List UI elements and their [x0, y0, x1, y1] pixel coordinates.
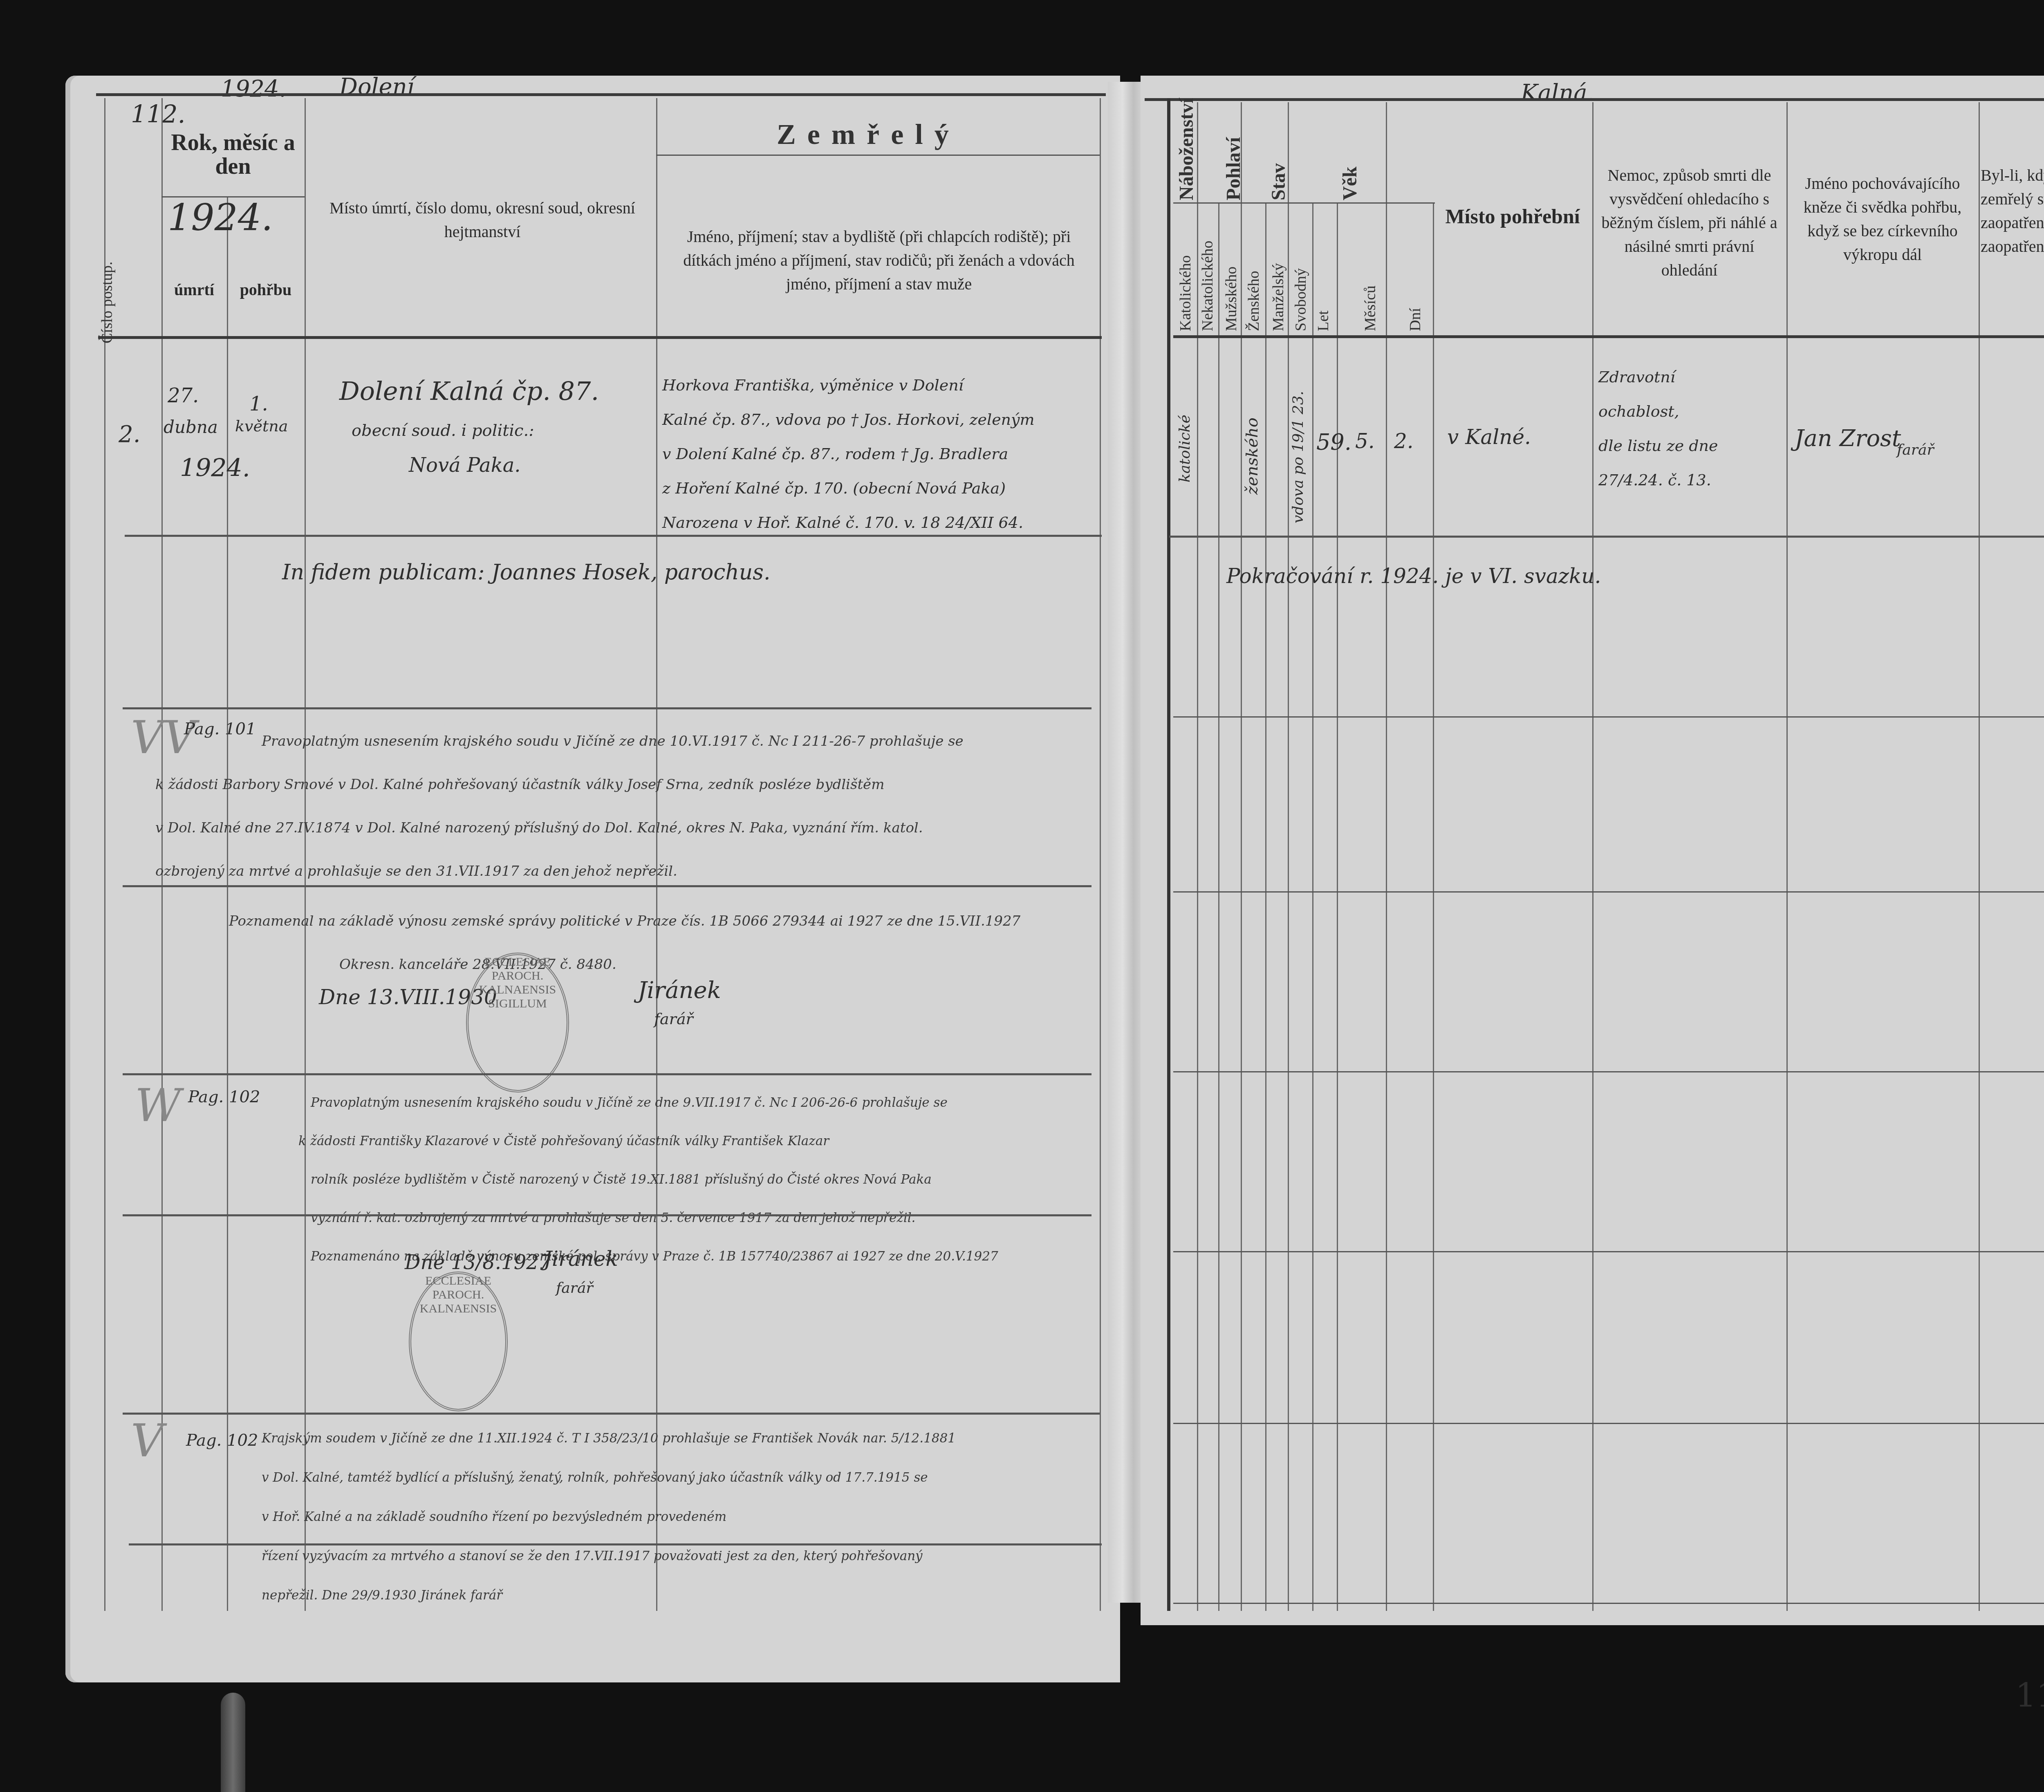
header-date-group: Rok, měsíc a den: [164, 131, 303, 178]
col-rule: [1100, 98, 1101, 1611]
annotation-marker: V: [131, 1415, 163, 1467]
top-village-right: Kalná.: [1521, 80, 1594, 106]
top-rule: [96, 93, 1106, 96]
annotation-note: Poznamenal na základě výnosu zemské sprá…: [229, 899, 1096, 986]
col-rule: [1433, 202, 1434, 1611]
top-rule-right: [1145, 98, 2044, 101]
age-months-value: 5.: [1355, 429, 1375, 453]
col-rule: [1312, 202, 1313, 1611]
place-line-1: Dolení Kalná čp. 87.: [339, 376, 599, 406]
header-bottom-rule: [98, 336, 1102, 339]
header-female: Ženského: [1245, 237, 1263, 331]
header-burial: pohřbu: [227, 278, 305, 302]
header-burial-place: Místo pohřební: [1435, 204, 1590, 228]
death-day: 27.: [168, 384, 199, 407]
col-rule: [1241, 102, 1242, 1611]
header-cause-of-death: Nemoc, způsob smrti dle vysvědčení ohled…: [1594, 164, 1784, 282]
left-border-right-page: [1167, 98, 1170, 1611]
entry-rule: [125, 535, 1102, 537]
row-rule: [1173, 1251, 2044, 1252]
row-rule: [1173, 1603, 2044, 1604]
annotation-line: k žádosti Františky Klazarové v Čistě po…: [298, 1122, 1100, 1160]
col-rule: [1197, 102, 1198, 1611]
stamp-text: ECCLESIAE PAROCH. KALNAENSIS: [420, 1274, 497, 1315]
place-line-2: obecní soud. i politic.:: [352, 421, 534, 440]
annotation-ref: Pag. 102: [186, 1431, 258, 1450]
place-line-3: Nová Paka.: [409, 454, 521, 477]
entry-rule-right: [1169, 536, 2044, 538]
col-rule: [1786, 102, 1788, 1611]
signature: Jiránek: [638, 977, 721, 1004]
row-rule: [1173, 1423, 2044, 1424]
annotation-rule: [123, 707, 1091, 709]
sex-female-value: ženského: [1243, 360, 1262, 495]
parish-seal-stamp: ECCLESIAE PAROCH. KALNAENSIS: [409, 1272, 508, 1411]
page-number-left: 112.: [131, 100, 186, 129]
burial-month: května: [235, 417, 288, 435]
signature-title: farář: [654, 1010, 693, 1028]
annotation-rule: [123, 885, 1091, 887]
header-entry-no: Číslo postup.: [98, 229, 116, 343]
col-rule: [1979, 102, 1980, 1611]
status-value: vdova po 19/1 23.: [1290, 360, 1307, 523]
col-rule: [227, 196, 228, 1611]
header-male: Mužského: [1222, 237, 1240, 331]
religion-catholic-value: katolické: [1177, 360, 1193, 482]
deceased-line: z Hoření Kalné čp. 170. (obecní Nová Pak…: [662, 471, 1100, 505]
header-death: úmrtí: [161, 278, 227, 302]
annotation-line: v Dol. Kalné dne 27.IV.1874 v Dol. Kalné…: [155, 806, 1100, 850]
top-village: Dolení: [339, 74, 415, 100]
header-deceased-desc: Jméno, příjmení; stav a bydliště (při ch…: [666, 225, 1091, 296]
cause-line: 27/4.24. č. 13.: [1598, 463, 1782, 497]
burial-place-value: v Kalné.: [1447, 425, 1531, 449]
annotation-marker: W: [135, 1079, 181, 1132]
header-deceased-title: Zemřelý: [777, 119, 960, 151]
book-spine: [1108, 82, 1145, 1603]
col-rule: [1288, 102, 1289, 1611]
row-rule: [1173, 1071, 2044, 1072]
signature: Jiránek: [544, 1247, 618, 1271]
priest-name: Jan Zrost: [1795, 425, 1901, 452]
annotation-line: v Hoř. Kalné a na základě soudního řízen…: [262, 1497, 1100, 1536]
annotation-text: Pravoplatným usnesením krajského soudu v…: [262, 720, 1100, 893]
annotation-text: Krajským soudem v Jičíně ze dne 11.XII.1…: [262, 1419, 1100, 1615]
annotation-ref: Pag. 102: [188, 1088, 260, 1106]
col-rule: [1265, 202, 1266, 1611]
annotation-line: rolník posléze bydlištěm v Čistě narozen…: [311, 1160, 1100, 1199]
priest-title: farář: [1897, 442, 1934, 458]
annotation-line: vyznání ř. kat. ozbrojený za mrtvé a pro…: [311, 1199, 1100, 1237]
col-rule: [1386, 102, 1387, 1611]
entry-number: 2.: [119, 421, 140, 448]
row-rule: [1173, 891, 2044, 893]
annotation-rule: [123, 1413, 1100, 1415]
cause-of-death-value: Zdravotní ochablost, dle listu ze dne 27…: [1598, 360, 1782, 497]
annotation-text: Pravoplatným usnesením krajského soudu v…: [311, 1083, 1100, 1276]
header-married: Manželský: [1269, 237, 1287, 331]
header-bottom-rule-right: [1173, 335, 2044, 338]
annotation-line: v Dol. Kalné, tamtéž bydlící a příslušný…: [262, 1458, 1100, 1497]
header-year-handwritten: 1924.: [168, 196, 273, 239]
row-rule: [656, 155, 1100, 156]
header-days: Dní: [1406, 307, 1424, 331]
row-rule: [1173, 716, 2044, 718]
annotation-rule: [123, 1073, 1091, 1075]
header-single: Svobodný: [1292, 237, 1310, 331]
age-days-value: 2.: [1394, 429, 1414, 453]
annotation-line: řízení vyzývacím za mrtvého a stanoví se…: [262, 1536, 1100, 1576]
top-year: 1924.: [221, 76, 286, 102]
annotation-line: Krajským soudem v Jičíně ze dne 11.XII.1…: [262, 1419, 1100, 1458]
header-status: Stav: [1267, 164, 1290, 200]
burial-day: 1.: [249, 392, 268, 415]
annotation-line: Pravoplatným usnesením krajského soudu v…: [311, 1083, 1100, 1122]
signature-title: farář: [556, 1280, 593, 1296]
col-rule: [1337, 202, 1338, 1611]
header-religion: Náboženství: [1175, 110, 1198, 200]
header-months: Měsíců: [1361, 286, 1379, 331]
parish-seal-stamp: ECCLESIAE PAROCH. KALNAENSIS SIGILLUM: [466, 953, 569, 1092]
annotation-line: Pravoplatným usnesením krajského soudu v…: [262, 720, 1100, 763]
annotation-line: nepřežil. Dne 29/9.1930 Jiránek farář: [262, 1576, 1100, 1615]
annotation-line: Poznamenal na základě výnosu zemské sprá…: [229, 899, 1096, 943]
annotation-line: k žádosti Barbory Srnové v Dol. Kalné po…: [155, 763, 1100, 806]
death-month: dubna: [164, 417, 218, 437]
col-rule: [1218, 202, 1219, 1611]
header-place: Místo úmrtí, číslo domu, okresní soud, o…: [323, 196, 642, 244]
header-sacraments: Byl-li, kdy a od koho zemřelý svátostmi …: [1981, 164, 2044, 258]
deceased-line: Kalné čp. 87., vdova po † Jos. Horkovi, …: [662, 402, 1100, 437]
header-sex: Pohlaví: [1222, 147, 1245, 200]
header-age: Věk: [1339, 168, 1361, 200]
continuation-note: Pokračování r. 1924. je v VI. svazku.: [1226, 564, 1601, 588]
age-years-value: 59.: [1316, 429, 1351, 455]
deceased-line: Horkova Františka, výměnice v Dolení: [662, 368, 1100, 402]
deceased-line: v Dolení Kalné čp. 87., rodem † Jg. Brad…: [662, 437, 1100, 471]
publication-note: In fidem publicam: Joannes Hosek, paroch…: [282, 560, 771, 585]
header-officiating-priest: Jméno pochovávajícího kněze či svědka po…: [1788, 172, 1977, 267]
deceased-entry: Horkova Františka, výměnice v Dolení Kal…: [662, 368, 1100, 540]
header-years: Let: [1314, 303, 1332, 331]
annotation-ref: Pag. 101: [184, 720, 256, 738]
header-catholic: Katolického: [1177, 213, 1195, 331]
bookmark-ribbon: [221, 1693, 245, 1792]
cause-line: dle listu ze dne: [1598, 428, 1782, 463]
annotation-date: Dne 13/8.1927: [405, 1251, 551, 1274]
cause-line: Zdravotní: [1598, 360, 1782, 394]
col-rule: [1592, 102, 1594, 1611]
row-rule: [1173, 202, 1435, 204]
cause-line: ochablost,: [1598, 394, 1782, 428]
foot-page-number: 112: [2015, 1676, 2044, 1714]
header-non-catholic: Nekatolického: [1199, 213, 1217, 331]
stamp-text: ECCLESIAE PAROCH. KALNAENSIS SIGILLUM: [479, 955, 556, 1010]
annotation-rule: [123, 1214, 1091, 1216]
annotation-rule: [129, 1543, 1102, 1545]
death-year: 1924.: [180, 454, 250, 482]
